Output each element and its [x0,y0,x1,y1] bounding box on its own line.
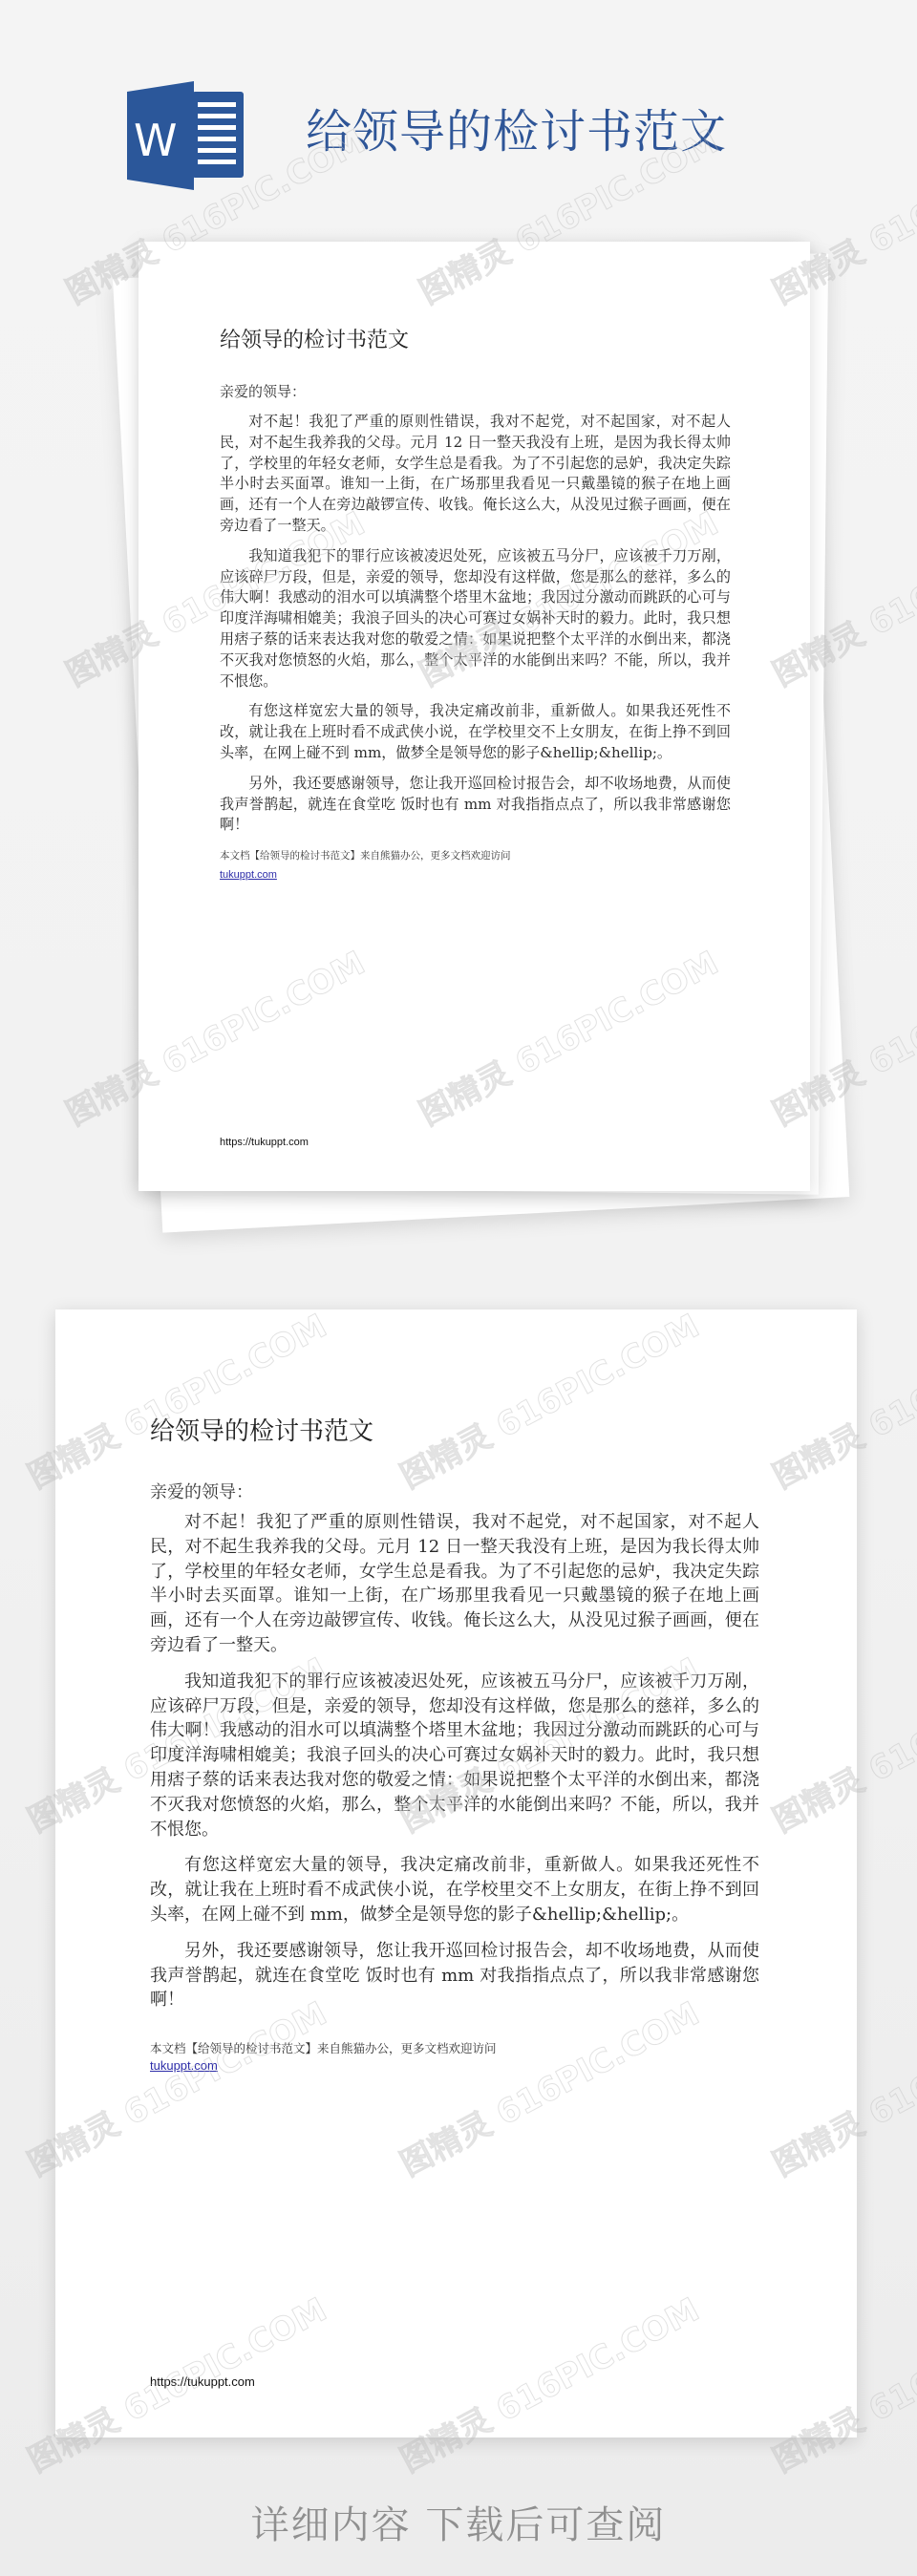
source-note: 本文档【给领导的检讨书范文】来自熊猫办公，更多文档欢迎访问 [150,2039,497,2056]
footer-url: https://tukuppt.com [220,1137,309,1148]
document-greeting: 亲爱的领导： [150,1479,253,1503]
source-link[interactable]: tukuppt.com [220,869,277,881]
document-body: 对不起！我犯了严重的原则性错误，我对不起党，对不起国家，对不起人民，对不起生我养… [220,412,731,845]
paragraph: 我知道我犯下的罪行应该被凌迟处死，应该被五马分尸，应该被千刀万剐，应该碎尸万段，… [220,546,731,692]
paragraph: 另外，我还要感谢领导，您让我开巡回检讨报告会，却不收场地费，从而使我声誉鹊起，就… [220,774,731,836]
document-title: 给领导的检讨书范文 [220,324,409,353]
source-link[interactable]: tukuppt.com [150,2058,218,2073]
document-body: 对不起！我犯了严重的原则性错误，我对不起党，对不起国家，对不起人民，对不起生我养… [150,1510,759,2024]
paragraph: 另外，我还要感谢领导，您让我开巡回检讨报告会，却不收场地费，从而使我声誉鹊起，就… [150,1939,759,2012]
download-hint: 详细内容 下载后可查阅 [0,2495,917,2549]
footer-url: https://tukuppt.com [150,2374,255,2389]
paragraph: 有您这样宽宏大量的领导，我决定痛改前非，重新做人。如果我还死性不改，就让我在上班… [150,1853,759,1927]
document-page: 给领导的检讨书范文 亲爱的领导： 对不起！我犯了严重的原则性错误，我对不起党，对… [55,1309,857,2438]
word-document-icon: W [127,81,244,190]
document-title: 给领导的检讨书范文 [150,1412,373,1447]
paragraph: 有您这样宽宏大量的领导，我决定痛改前非，重新做人。如果我还死性不改，就让我在上班… [220,701,731,763]
document-greeting: 亲爱的领导： [220,381,306,401]
paragraph: 对不起！我犯了严重的原则性错误，我对不起党，对不起国家，对不起人民，对不起生我养… [220,412,731,537]
paragraph: 对不起！我犯了严重的原则性错误，我对不起党，对不起国家，对不起人民，对不起生我养… [150,1510,759,1658]
document-preview-small: 给领导的检讨书范文 亲爱的领导： 对不起！我犯了严重的原则性错误，我对不起党，对… [139,242,810,1191]
source-note: 本文档【给领导的检讨书范文】来自熊猫办公，更多文档欢迎访问 [220,848,511,862]
word-letter: W [134,115,177,166]
paragraph: 我知道我犯下的罪行应该被凌迟处死，应该被五马分尸，应该被千刀万剐，应该碎尸万段，… [150,1670,759,1842]
page-title: 给领导的检讨书范文 [306,103,727,160]
